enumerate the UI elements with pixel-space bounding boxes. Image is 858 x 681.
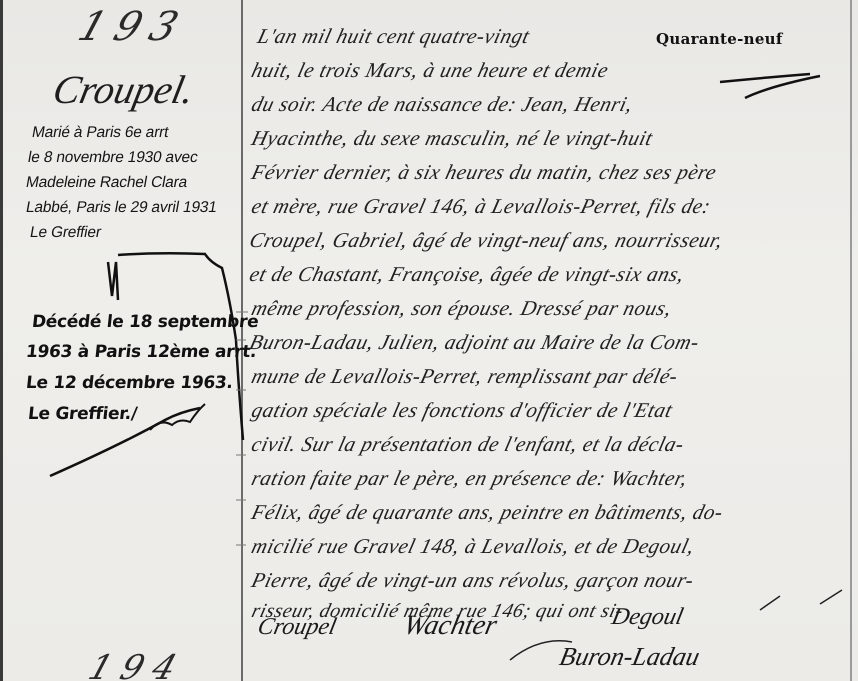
ink-flourishes — [0, 0, 858, 681]
register-page: 193 Croupel. Marié à Paris 6e arrt le 8 … — [0, 0, 858, 681]
